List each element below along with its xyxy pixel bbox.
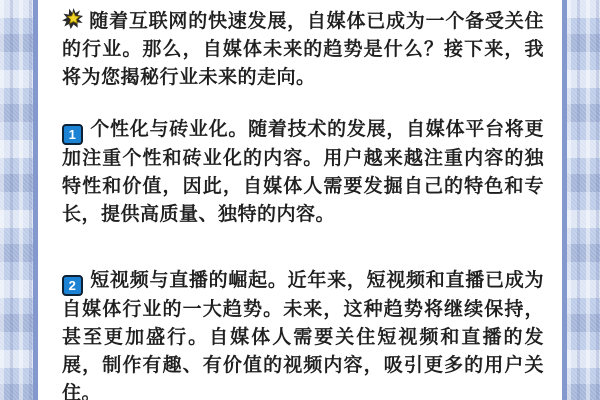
keycap-2-badge: 2: [62, 275, 83, 296]
star-burst-icon: [62, 8, 85, 31]
plaid-border-left: [0, 0, 38, 400]
plaid-border-right: [562, 0, 600, 400]
text-card: 随着互联网的快速发展，自媒体已成为一个备受关住的行业。那么，自媒体未来的趋势是什…: [0, 0, 600, 400]
trend-item-2-text: 短视频与直播的崛起。近年来，短视频和直播已成为自媒体行业的一大趋势。未来，这种趋…: [62, 270, 544, 400]
content-panel: 随着互联网的快速发展，自媒体已成为一个备受关住的行业。那么，自媒体未来的趋势是什…: [38, 0, 562, 400]
intro-text: 随着互联网的快速发展，自媒体已成为一个备受关住的行业。那么，自媒体未来的趋势是什…: [62, 11, 544, 88]
trend-item-1: 1个性化与砖业化。随着技术的发展，自媒体平台将更加注重个性和砖业化的内容。用户越…: [62, 116, 544, 229]
intro-paragraph: 随着互联网的快速发展，自媒体已成为一个备受关住的行业。那么，自媒体未来的趋势是什…: [62, 8, 544, 92]
trend-item-2: 2短视频与直播的崛起。近年来，短视频和直播已成为自媒体行业的一大趋势。未来，这种…: [62, 267, 544, 400]
keycap-1-badge: 1: [62, 124, 83, 145]
trend-item-1-text: 个性化与砖业化。随着技术的发展，自媒体平台将更加注重个性和砖业化的内容。用户越来…: [62, 119, 544, 225]
